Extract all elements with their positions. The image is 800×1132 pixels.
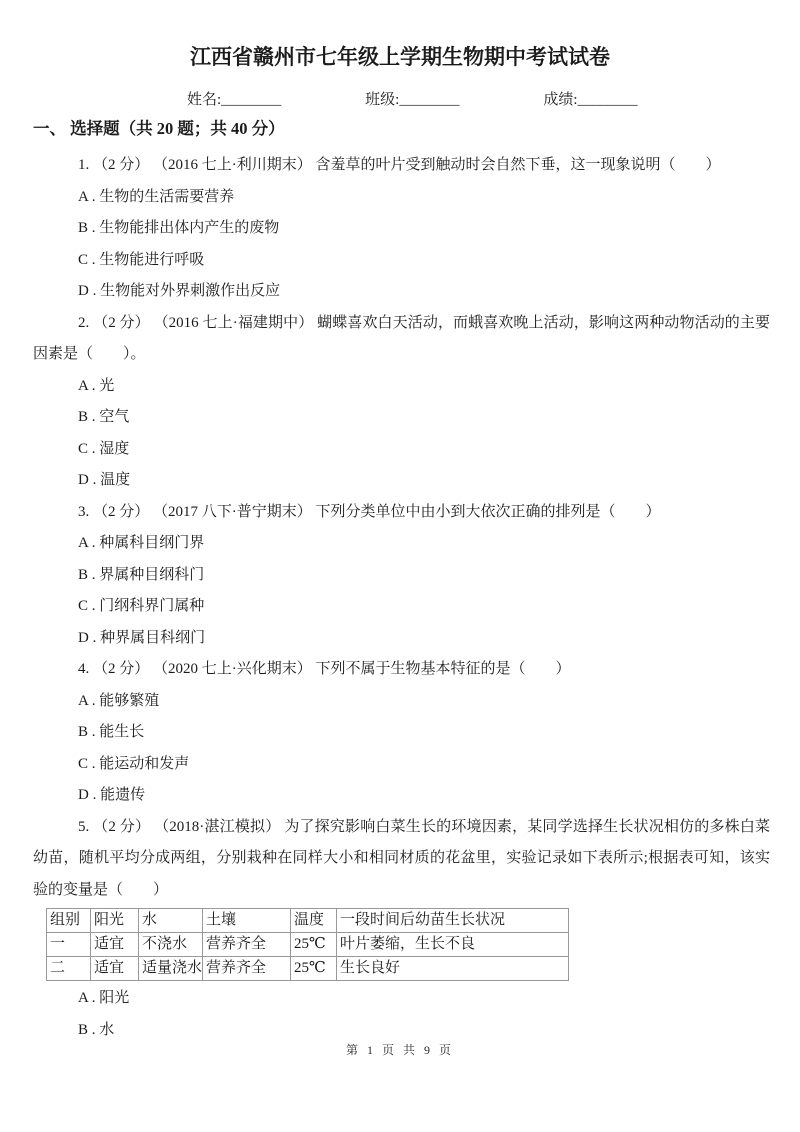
table-header-row: 组别 阳光 水 土壤 温度 一段时间后幼苗生长状况 [47,909,569,933]
table-cell: 生长良好 [337,957,569,981]
question-1-stem: 1. （2 分） （2016 七上·利川期末） 含羞草的叶片受到触动时会自然下垂… [33,150,770,182]
score-label: 成绩: [543,92,577,108]
question-2-option-a: A . 光 [33,371,770,403]
question-1: 1. （2 分） （2016 七上·利川期末） 含羞草的叶片受到触动时会自然下垂… [33,150,770,308]
question-3-option-a: A . 种属科目纲门界 [33,528,770,560]
table-header-cell: 组别 [47,909,91,933]
question-2-option-c: C . 湿度 [33,434,770,466]
table-header-cell: 一段时间后幼苗生长状况 [337,909,569,933]
table-header-cell: 土壤 [203,909,291,933]
meta-row: 姓名:________ 班级:________ 成绩:________ [187,90,800,110]
table-cell: 25℃ [291,957,337,981]
page-footer: 第 1 页 共 9 页 [0,1041,800,1058]
name-field: 姓名:________ [187,90,281,110]
question-3-option-c: C . 门纲科界门属种 [33,591,770,623]
table-cell: 适量浇水 [139,957,203,981]
question-4-option-c: C . 能运动和发声 [33,749,770,781]
question-1-option-d: D . 生物能对外界刺激作出反应 [33,276,770,308]
score-field: 成绩:________ [543,90,637,110]
question-5-option-a: A . 阳光 [33,983,770,1015]
question-3-option-d: D . 种界属目科纲门 [33,623,770,655]
table-header-cell: 水 [139,909,203,933]
exam-title: 江西省赣州市七年级上学期生物期中考试试卷 [0,44,800,70]
table-header-cell: 温度 [291,909,337,933]
class-field: 班级:________ [365,90,459,110]
table-cell: 营养齐全 [203,933,291,957]
table-cell: 不浇水 [139,933,203,957]
table-cell: 二 [47,957,91,981]
table-cell: 适宜 [91,933,139,957]
table-cell: 一 [47,933,91,957]
question-5: 5. （2 分） （2018·湛江模拟） 为了探究影响白菜生长的环境因素，某同学… [33,812,770,1047]
question-3-option-b: B . 界属种目纲科门 [33,560,770,592]
questions-area: 1. （2 分） （2016 七上·利川期末） 含羞草的叶片受到触动时会自然下垂… [33,150,770,1046]
table-row: 二 适宜 适量浇水 营养齐全 25℃ 生长良好 [47,957,569,981]
question-4-option-b: B . 能生长 [33,717,770,749]
question-3: 3. （2 分） （2017 八下·普宁期末） 下列分类单位中由小到大依次正确的… [33,497,770,655]
score-blank-line: ________ [578,92,638,108]
question-1-option-b: B . 生物能排出体内产生的废物 [33,213,770,245]
class-blank-line: ________ [399,92,459,108]
table-cell: 叶片萎缩，生长不良 [337,933,569,957]
table-header-cell: 阳光 [91,909,139,933]
question-1-option-c: C . 生物能进行呼吸 [33,245,770,277]
table-cell: 25℃ [291,933,337,957]
question-3-stem: 3. （2 分） （2017 八下·普宁期末） 下列分类单位中由小到大依次正确的… [33,497,770,529]
question-2-option-d: D . 温度 [33,465,770,497]
question-5-stem: 5. （2 分） （2018·湛江模拟） 为了探究影响白菜生长的环境因素，某同学… [33,812,770,907]
section-heading: 一、 选择题（共 20 题；共 40 分） [33,118,800,140]
table-cell: 适宜 [91,957,139,981]
question-2-option-b: B . 空气 [33,402,770,434]
name-label: 姓名: [187,92,221,108]
question-4-stem: 4. （2 分） （2020 七上·兴化期末） 下列不属于生物基本特征的是（ ） [33,654,770,686]
question-2: 2. （2 分） （2016 七上·福建期中） 蝴蝶喜欢白天活动，而蛾喜欢晚上活… [33,308,770,497]
name-blank-line: ________ [221,92,281,108]
table-cell: 营养齐全 [203,957,291,981]
question-4-option-a: A . 能够繁殖 [33,686,770,718]
question-2-stem: 2. （2 分） （2016 七上·福建期中） 蝴蝶喜欢白天活动，而蛾喜欢晚上活… [33,308,770,371]
question-4-option-d: D . 能遗传 [33,780,770,812]
class-label: 班级: [365,92,399,108]
question-4: 4. （2 分） （2020 七上·兴化期末） 下列不属于生物基本特征的是（ ）… [33,654,770,812]
table-row: 一 适宜 不浇水 营养齐全 25℃ 叶片萎缩，生长不良 [47,933,569,957]
exam-page: 江西省赣州市七年级上学期生物期中考试试卷 姓名:________ 班级:____… [0,0,800,1132]
experiment-table: 组别 阳光 水 土壤 温度 一段时间后幼苗生长状况 一 适宜 不浇水 营养齐全 … [46,908,569,981]
question-1-option-a: A . 生物的生活需要营养 [33,182,770,214]
